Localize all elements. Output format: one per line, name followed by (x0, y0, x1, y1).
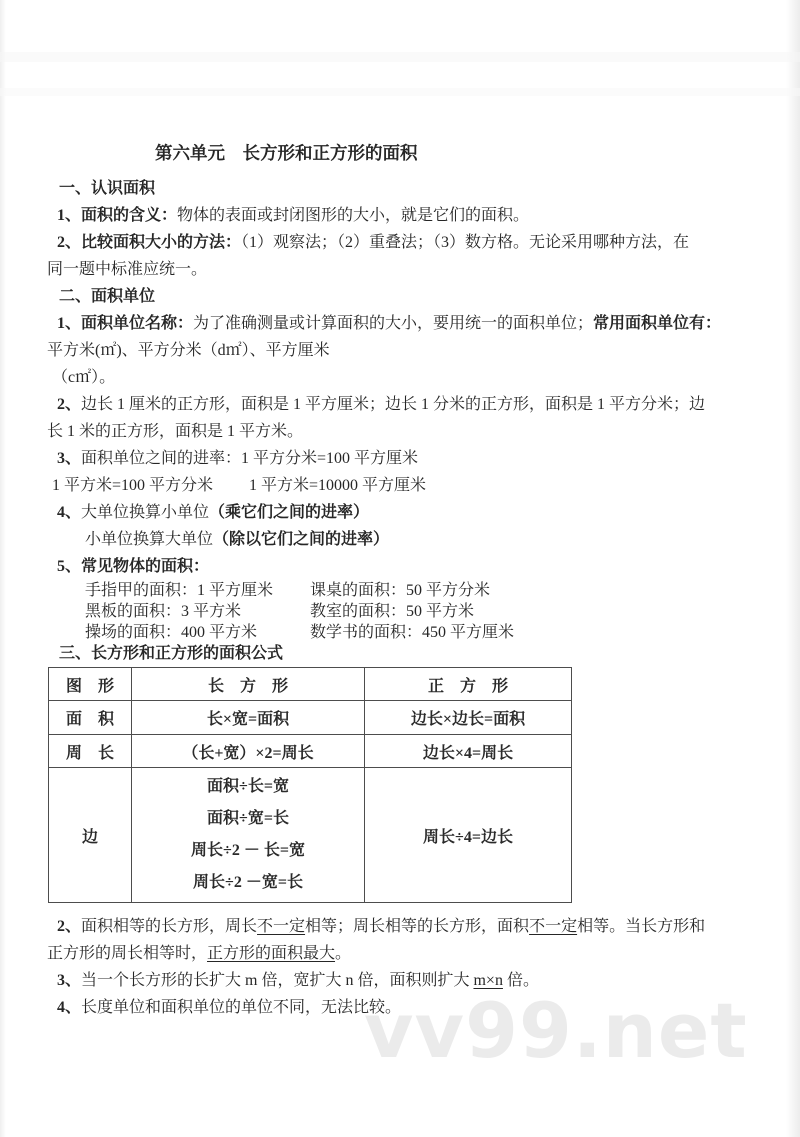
table-row-area: 面 积 长×宽=面积 边长×边长=面积 (49, 701, 572, 735)
s3-item-3-underline: m×n (473, 972, 502, 989)
s3-item-2-num: 2、 (57, 918, 81, 935)
cell-square-area-formula: 边长×边长=面积 (365, 701, 572, 735)
s1-item-1: 1、面积的含义：物体的表面或封闭图形的大小，就是它们的面积。 (57, 202, 740, 229)
s2-equation-2: 1 平方米=10000 平方厘米 (249, 477, 426, 494)
s3-item-3-b: 倍。 (507, 972, 539, 989)
side-formula: 周长÷2 － 长=宽 (132, 835, 364, 867)
s2-item-4-line2: 小单位换算大单位（除以它们之间的进率） (85, 526, 740, 553)
s2-item-4-bold2: （除以它们之间的进率） (213, 531, 389, 548)
section-2-heading: 二、面积单位 (59, 283, 740, 310)
s2-item-4-text2: 小单位换算大单位 (85, 531, 213, 548)
s2-item-1-label: 1、面积单位名称： (57, 315, 193, 332)
s3-item-2-line2a: 正方形的周长相等时， (47, 945, 207, 962)
cell-rect-side-formulas: 面积÷长=宽 面积÷宽=长 周长÷2 － 长=宽 周长÷2 －宽=长 (132, 768, 365, 903)
s2-item-1-text: 为了准确测量或计算面积的大小，要用统一的面积单位； (193, 315, 593, 332)
s2-item-2-continuation: 长 1 米的正方形，面积是 1 平方米。 (47, 418, 740, 445)
area-example-left: 操场的面积：400 平方米 (85, 622, 310, 643)
s3-item-4-num: 4、 (57, 999, 81, 1016)
area-example-row: 黑板的面积：3 平方米教室的面积：50 平方米 (85, 601, 740, 622)
row-label-perimeter: 周 长 (49, 735, 132, 768)
s2-item-3: 3、面积单位之间的进率：1 平方分米=100 平方厘米 (57, 445, 740, 472)
table-row-side: 边 面积÷长=宽 面积÷宽=长 周长÷2 － 长=宽 周长÷2 －宽=长 周长÷… (49, 768, 572, 903)
cell-rect-area-formula: 长×宽=面积 (132, 701, 365, 735)
s2-item-4-bold: （乘它们之间的进率） (209, 504, 369, 521)
s2-item-3-line2: 1 平方米=100 平方分米1 平方米=10000 平方厘米 (52, 472, 740, 499)
s2-item-2-text: 边长 1 厘米的正方形，面积是 1 平方厘米；边长 1 分米的正方形，面积是 1… (81, 396, 705, 413)
s3-item-3: 3、当一个长方形的长扩大 m 倍，宽扩大 n 倍，面积则扩大 m×n 倍。 (57, 967, 740, 994)
s1-item-2-label: 2、比较面积大小的方法： (57, 234, 241, 251)
table-row-perimeter: 周 长 （长+宽）×2=周长 边长×4=周长 (49, 735, 572, 768)
formula-table: 图 形 长 方 形 正 方 形 面 积 长×宽=面积 边长×边长=面积 周 长 … (48, 667, 572, 903)
s2-item-5-label: 5、常见物体的面积： (57, 553, 740, 580)
s2-item-3-text: 面积单位之间的进率：1 平方分米=100 平方厘米 (81, 450, 418, 467)
area-example-right: 教室的面积：50 平方米 (310, 603, 474, 620)
s3-item-2-c: 相等。当长方形和 (577, 918, 705, 935)
table-header-row: 图 形 长 方 形 正 方 形 (49, 668, 572, 701)
s2-item-2: 2、边长 1 厘米的正方形，面积是 1 平方厘米；边长 1 分米的正方形，面积是… (57, 391, 740, 418)
cell-rect-perimeter-formula: （长+宽）×2=周长 (132, 735, 365, 768)
section-1-heading: 一、认识面积 (59, 175, 740, 202)
s3-item-2: 2、面积相等的长方形，周长不一定相等；周长相等的长方形，面积不一定相等。当长方形… (57, 913, 740, 940)
s2-item-3-num: 3、 (57, 450, 81, 467)
cell-square-side-formula: 周长÷4=边长 (365, 768, 572, 903)
side-formula-list: 面积÷长=宽 面积÷宽=长 周长÷2 － 长=宽 周长÷2 －宽=长 (132, 771, 364, 899)
s2-equation-1: 1 平方米=100 平方分米 (52, 477, 213, 494)
s3-item-2-a: 面积相等的长方形，周长 (81, 918, 257, 935)
s1-item-1-label: 1、面积的含义： (57, 207, 177, 224)
s2-units-line-2: （c㎡）。 (52, 364, 740, 391)
area-example-row: 操场的面积：400 平方米数学书的面积：450 平方厘米 (85, 622, 740, 643)
header-cell-rectangle: 长 方 形 (132, 668, 365, 701)
document-page: 第六单元 长方形和正方形的面积 一、认识面积 1、面积的含义：物体的表面或封闭图… (0, 0, 800, 1021)
cell-square-perimeter-formula: 边长×4=周长 (365, 735, 572, 768)
s3-item-2-underline-2: 不一定 (529, 918, 577, 935)
side-formula: 面积÷长=宽 (132, 771, 364, 803)
side-formula: 面积÷宽=长 (132, 803, 364, 835)
area-example-right: 数学书的面积：450 平方厘米 (310, 624, 514, 641)
row-label-area: 面 积 (49, 701, 132, 735)
area-example-right: 课桌的面积：50 平方分米 (310, 582, 490, 599)
s3-item-3-a: 当一个长方形的长扩大 m 倍，宽扩大 n 倍，面积则扩大 (81, 972, 469, 989)
header-cell-square: 正 方 形 (365, 668, 572, 701)
s2-item-4-text: 大单位换算小单位 (81, 504, 209, 521)
page-title: 第六单元 长方形和正方形的面积 (155, 140, 740, 167)
s3-item-2-underline-1: 不一定 (257, 918, 305, 935)
s1-item-1-text: 物体的表面或封闭图形的大小，就是它们的面积。 (177, 207, 529, 224)
s3-item-4-text: 长度单位和面积单位的单位不同，无法比较。 (81, 999, 401, 1016)
s3-item-2-underline-3: 正方形的面积最大 (207, 945, 335, 962)
s2-units-line: 平方米(㎡)、平方分米（d㎡）、平方厘米 (47, 337, 740, 364)
s3-item-2-line2b: 。 (335, 945, 351, 962)
header-cell-shape: 图 形 (49, 668, 132, 701)
s1-item-2-continuation: 同一题中标准应统一。 (47, 256, 740, 283)
area-example-row: 手指甲的面积：1 平方厘米课桌的面积：50 平方分米 (85, 580, 740, 601)
s3-item-2-continuation: 正方形的周长相等时，正方形的面积最大。 (47, 940, 740, 967)
section-3-heading: 三、长方形和正方形的面积公式 (59, 643, 740, 665)
s2-item-1-bold: 常用面积单位有： (593, 315, 721, 332)
s1-item-2: 2、比较面积大小的方法：（1）观察法；（2）重叠法；（3）数方格。无论采用哪种方… (57, 229, 740, 256)
row-label-side: 边 (49, 768, 132, 903)
s2-item-4: 4、大单位换算小单位（乘它们之间的进率） (57, 499, 740, 526)
s2-item-4-num: 4、 (57, 504, 81, 521)
area-example-left: 黑板的面积：3 平方米 (85, 601, 310, 622)
s3-item-4: 4、长度单位和面积单位的单位不同，无法比较。 (57, 994, 740, 1021)
s1-item-2-text: （1）观察法；（2）重叠法；（3）数方格。无论采用哪种方法，在 (241, 234, 689, 251)
s2-item-1: 1、面积单位名称：为了准确测量或计算面积的大小，要用统一的面积单位；常用面积单位… (57, 310, 740, 337)
side-formula: 周长÷2 －宽=长 (132, 867, 364, 899)
s3-item-3-num: 3、 (57, 972, 81, 989)
area-example-left: 手指甲的面积：1 平方厘米 (85, 580, 310, 601)
s3-item-2-b: 相等；周长相等的长方形，面积 (305, 918, 529, 935)
s2-item-2-num: 2、 (57, 396, 81, 413)
